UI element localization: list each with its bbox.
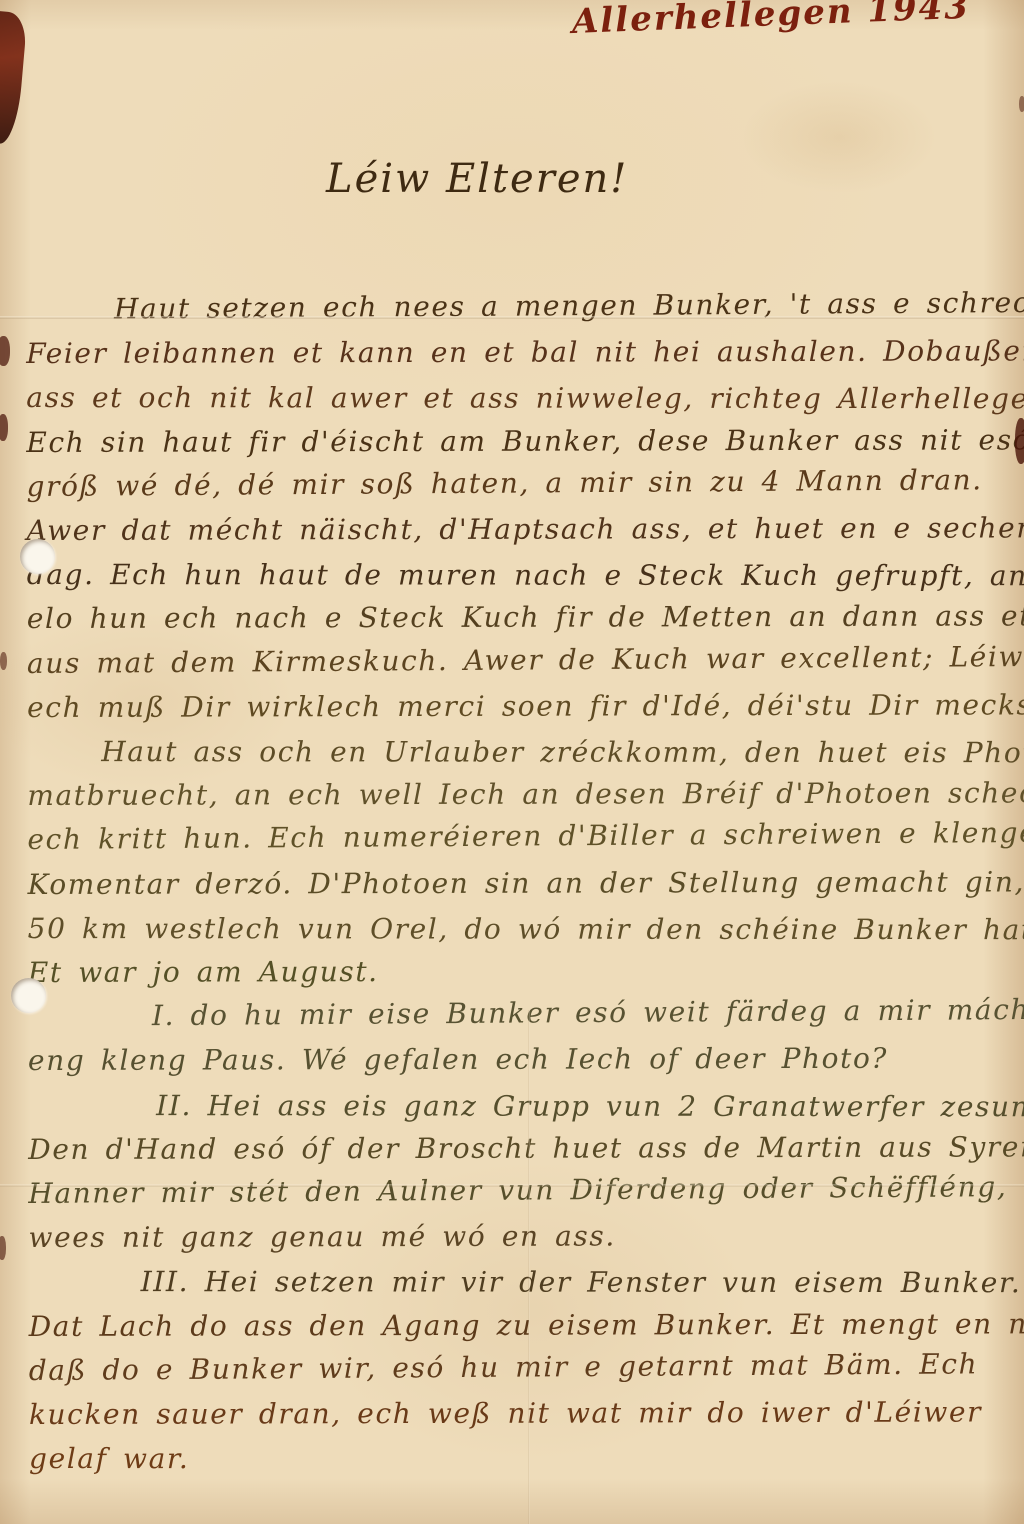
handwriting-line: Den d'Hand esó óf der Broscht huet ass d… bbox=[28, 1125, 1016, 1172]
handwriting-line: gelaf war. bbox=[29, 1437, 1017, 1482]
handwriting-line: ass et och nit kal awer et ass niwweleg,… bbox=[26, 376, 1014, 421]
ink-smudge bbox=[1019, 96, 1024, 112]
letter-body: Haut setzen ech nees a mengen Bunker, 't… bbox=[26, 285, 1017, 1481]
ink-smudge bbox=[0, 414, 8, 441]
handwriting-line: kucken sauer dran, ech weß nit wat mir d… bbox=[29, 1390, 1017, 1437]
handwriting-line: ech muß Dir wirklech merci soen fir d'Id… bbox=[27, 683, 1015, 730]
handwriting-line: Haut setzen ech nees a mengen Bunker, 't… bbox=[26, 281, 1014, 332]
salutation: Léiw Elteren! bbox=[326, 156, 628, 202]
date-line: Allerhellegen 1943 bbox=[571, 0, 970, 42]
ink-smudge bbox=[0, 336, 10, 366]
handwriting-line: II. Hei ass eis ganz Grupp vun 2 Granatw… bbox=[28, 1084, 1016, 1129]
handwriting-line: elo hun ech nach e Steck Kuch fir de Met… bbox=[27, 595, 1015, 642]
handwriting-line: Komentar derzó. D'Photoen sin an der Ste… bbox=[28, 860, 1016, 907]
handwriting-line: I. do hu mir eise Bunker esó weit färdeg… bbox=[28, 988, 1016, 1039]
handwriting-line: ech kritt hun. Ech numeréieren d'Biller … bbox=[27, 812, 1015, 863]
handwriting-line: Feier leibannen et kann en et bal nit he… bbox=[26, 330, 1014, 377]
handwriting-line: Hanner mir stét den Aulner vun Diferdeng… bbox=[28, 1165, 1016, 1216]
hole-punch-top bbox=[20, 539, 55, 574]
handwriting-line: gróß wé dé, dé mir soß haten, a mir sin … bbox=[26, 458, 1014, 509]
handwriting-line: Awer dat mécht näischt, d'Haptsach ass, … bbox=[27, 506, 1015, 553]
handwriting-line: daß do e Bunker wir, esó hu mir e getarn… bbox=[29, 1342, 1017, 1393]
ink-smudge bbox=[0, 1236, 6, 1260]
corner-tear-mark bbox=[0, 11, 28, 145]
handwriting-line: Dat Lach do ass den Agang zu eisem Bunke… bbox=[29, 1302, 1017, 1349]
handwriting-line: III. Hei setzen mir vir der Fenster vun … bbox=[29, 1260, 1017, 1305]
ink-smudge bbox=[1015, 418, 1024, 464]
handwriting-line: wees nit ganz genau mé wó en ass. bbox=[28, 1214, 1016, 1261]
hole-punch-bottom bbox=[11, 978, 46, 1013]
ink-smudge bbox=[0, 652, 7, 670]
letter-page: Allerhellegen 1943 Léiw Elteren! Haut se… bbox=[0, 0, 1024, 1524]
handwriting-line: Ech sin haut fir d'éischt am Bunker, des… bbox=[26, 418, 1014, 465]
handwriting-line: Haut ass och en Urlauber zréckkomm, den … bbox=[27, 730, 1015, 775]
handwriting-line: 50 km westlech vun Orel, do wó mir den s… bbox=[28, 907, 1016, 952]
handwriting-line: dag. Ech hun haut de muren nach e Steck … bbox=[27, 553, 1015, 598]
handwriting-line: aus mat dem Kirmeskuch. Awer de Kuch war… bbox=[27, 635, 1015, 686]
handwriting-line: eng kleng Paus. Wé gefalen ech Iech of d… bbox=[28, 1037, 1016, 1084]
